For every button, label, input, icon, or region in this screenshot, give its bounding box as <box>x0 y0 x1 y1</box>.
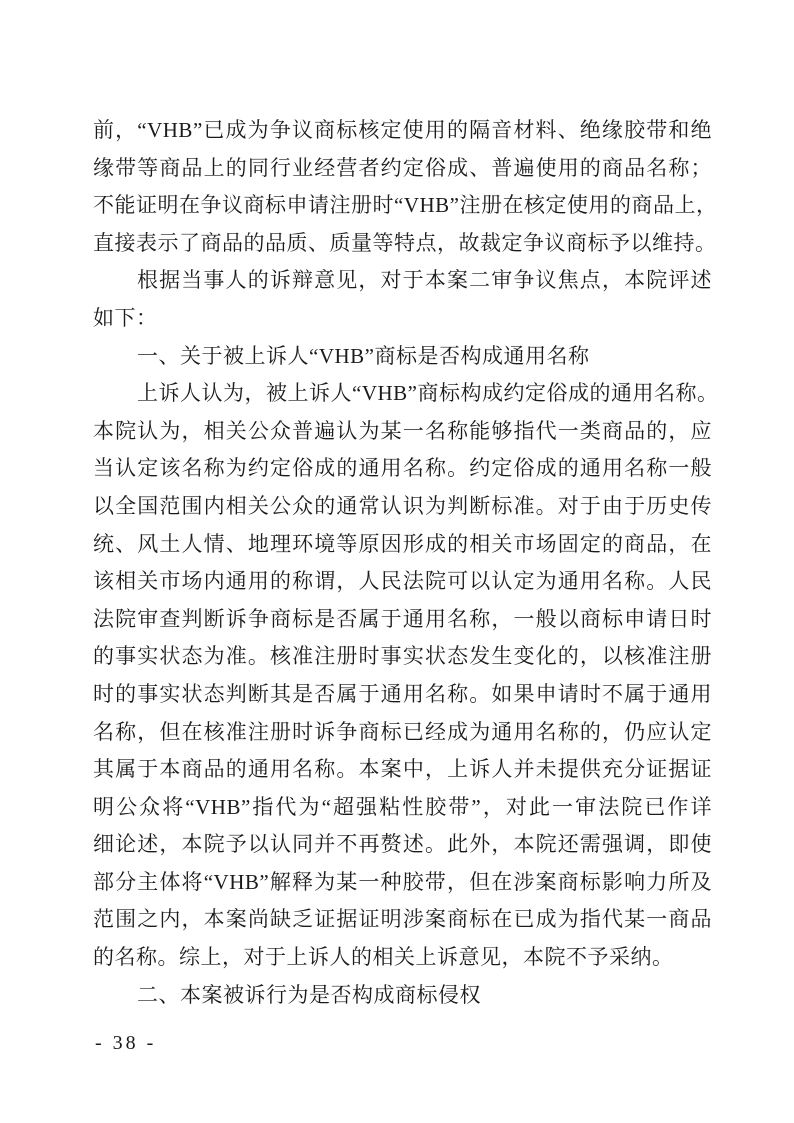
text-line: 上诉人认为，被上诉人“VHB”商标构成约定俗成的通用名称。 <box>93 375 712 413</box>
text-line: 如下： <box>93 300 712 338</box>
text-line: 当认定该名称为约定俗成的通用名称。约定俗成的通用名称一般 <box>93 450 712 488</box>
text-line: 前，“VHB”已成为争议商标核定使用的隔音材料、绝缘胶带和绝 <box>93 112 712 150</box>
section-heading-line: 一、关于被上诉人“VHB”商标是否构成通用名称 <box>93 338 712 376</box>
text-line: 不能证明在争议商标申请注册时“VHB”注册在核定使用的商品上， <box>93 187 712 225</box>
text-line: 细论述，本院予以认同并不再赘述。此外，本院还需强调，即使 <box>93 826 712 864</box>
document-page: 前，“VHB”已成为争议商标核定使用的隔音材料、绝缘胶带和绝 缘带等商品上的同行… <box>0 0 794 1123</box>
text-line: 法院审查判断诉争商标是否属于通用名称，一般以商标申请日时 <box>93 601 712 639</box>
text-line: 根据当事人的诉辩意见，对于本案二审争议焦点，本院评述 <box>93 262 712 300</box>
text-line: 部分主体将“VHB”解释为某一种胶带，但在涉案商标影响力所及 <box>93 864 712 902</box>
text-line: 该相关市场内通用的称谓，人民法院可以认定为通用名称。人民 <box>93 563 712 601</box>
text-line: 的名称。综上，对于上诉人的相关上诉意见，本院不予采纳。 <box>93 939 712 977</box>
text-line: 的事实状态为准。核准注册时事实状态发生变化的，以核准注册 <box>93 638 712 676</box>
text-line: 范围之内，本案尚缺乏证据证明涉案商标在已成为指代某一商品 <box>93 901 712 939</box>
text-line: 直接表示了商品的品质、质量等特点，故裁定争议商标予以维持。 <box>93 225 712 263</box>
text-block: 前，“VHB”已成为争议商标核定使用的隔音材料、绝缘胶带和绝 缘带等商品上的同行… <box>93 112 712 1014</box>
text-line: 明公众将“VHB”指代为“超强粘性胶带”，对此一审法院已作详 <box>93 789 712 827</box>
text-line: 名称，但在核准注册时诉争商标已经成为通用名称的，仍应认定 <box>93 714 712 752</box>
text-line: 时的事实状态判断其是否属于通用名称。如果申请时不属于通用 <box>93 676 712 714</box>
text-line: 其属于本商品的通用名称。本案中，上诉人并未提供充分证据证 <box>93 751 712 789</box>
text-line: 以全国范围内相关公众的通常认识为判断标准。对于由于历史传 <box>93 488 712 526</box>
page-number: - 38 - <box>95 1032 156 1055</box>
text-line: 缘带等商品上的同行业经营者约定俗成、普遍使用的商品名称； <box>93 150 712 188</box>
section-heading-line: 二、本案被诉行为是否构成商标侵权 <box>93 977 712 1015</box>
text-line: 统、风土人情、地理环境等原因形成的相关市场固定的商品，在 <box>93 526 712 564</box>
text-line: 本院认为，相关公众普遍认为某一名称能够指代一类商品的，应 <box>93 413 712 451</box>
